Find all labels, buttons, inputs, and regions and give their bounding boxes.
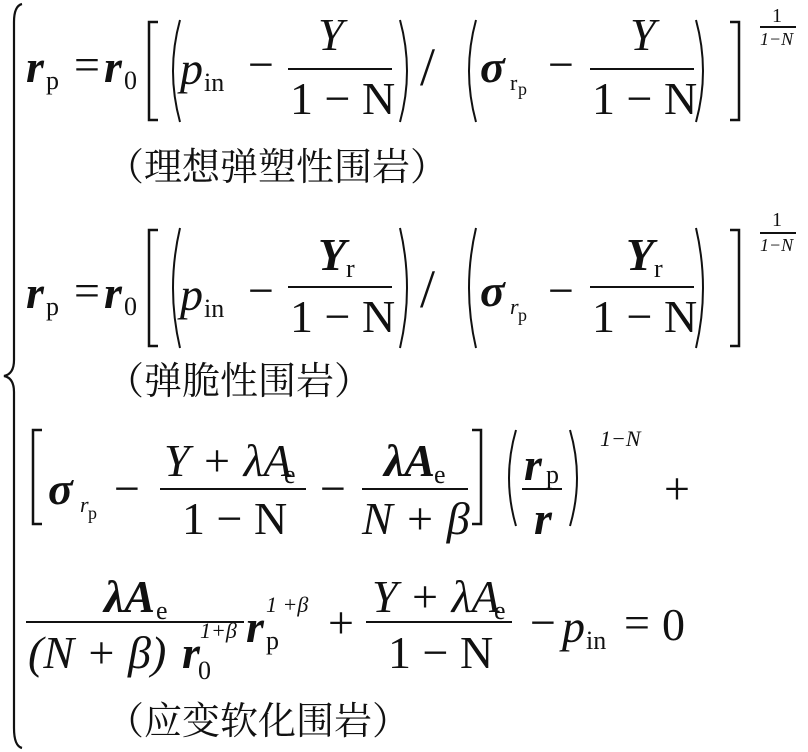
exp-num: 1 (772, 6, 782, 26)
minus-sign: − (114, 466, 140, 512)
fraction-bar (160, 488, 306, 490)
frac1-num: Y + λA (164, 438, 292, 484)
minus-sign: − (548, 268, 574, 314)
right-paren (396, 226, 416, 350)
r0-sub: 0 (124, 294, 137, 320)
frac2-num-sub: e (434, 462, 446, 488)
fraction-bar (366, 621, 512, 623)
zero: 0 (662, 602, 685, 648)
division-slash: / (420, 40, 435, 94)
rp-sup: 1 +β (266, 594, 308, 616)
r0-sub: 0 (124, 68, 137, 94)
p-in: p (562, 604, 585, 650)
plus-sign: + (328, 600, 354, 646)
plus-sign: + (664, 466, 690, 512)
exp-den: 1−N (760, 30, 793, 48)
exp-num: 1 (772, 210, 782, 230)
p-in-sub: in (204, 70, 224, 96)
frac3-den-r-sup: 1+β (200, 620, 237, 642)
sigma: σ (480, 44, 505, 90)
exp-fraction-bar (760, 232, 796, 234)
frac-num-Y: Y (630, 12, 656, 58)
frac-num-sub: r (654, 256, 663, 282)
right-paren (396, 18, 416, 124)
right-bracket (728, 228, 742, 350)
frac-den: 1 − N (592, 294, 697, 340)
frac4-num: Y + λA (372, 574, 500, 620)
frac-den: 1 − N (290, 76, 395, 122)
exp-den: 1−N (760, 236, 793, 254)
sigma-subsub: p (518, 306, 527, 324)
minus-sign: − (248, 268, 274, 314)
sigma-subsub: p (88, 504, 97, 522)
right-bracket (728, 20, 742, 124)
left-paren (460, 226, 480, 350)
rp-sub: p (266, 628, 279, 654)
sigma: σ (480, 268, 505, 314)
frac3-den-r-sub: 0 (198, 658, 211, 684)
minus-sign: − (248, 42, 274, 88)
frac-num-Yr: Y (318, 232, 346, 278)
p-in-sub: in (586, 628, 606, 654)
frac-num-Y: Y (318, 12, 344, 58)
rp: r (246, 604, 264, 650)
sigma-subsub: p (518, 80, 527, 98)
equals-sign: = (74, 42, 100, 88)
left-bracket (146, 20, 160, 124)
left-brace (0, 0, 30, 752)
frac1-num-sub: e (284, 462, 296, 488)
frac-den: 1 − N (592, 76, 697, 122)
frac2-num: λA (384, 438, 435, 484)
ratio-den: r (534, 496, 552, 542)
frac4-den: 1 − N (388, 630, 493, 676)
left-paren (500, 428, 520, 528)
division-slash: / (420, 262, 435, 316)
frac3-den: (N + β) (28, 630, 166, 676)
rp-lhs-sub: p (46, 68, 59, 94)
fraction-bar (288, 286, 392, 288)
minus-sign: − (530, 600, 556, 646)
minus-sign: − (320, 466, 346, 512)
right-paren (692, 18, 712, 124)
left-paren (460, 18, 480, 124)
ratio-num-sub: p (546, 462, 559, 488)
right-paren (692, 226, 712, 350)
frac-num-sub: r (346, 256, 355, 282)
frac-den: 1 − N (290, 294, 395, 340)
p-in-sub: in (204, 296, 224, 322)
right-paren (566, 428, 586, 528)
case-label: （弹脆性围岩） (106, 362, 372, 400)
ratio-num: r (524, 442, 542, 488)
case-label: （应变软化围岩） (106, 702, 410, 740)
left-bracket (30, 428, 44, 528)
case-label: （理想弹塑性围岩） (106, 148, 448, 186)
fraction-bar (522, 488, 562, 490)
equals-sign: = (624, 600, 650, 646)
r0: r (104, 44, 122, 90)
rp-lhs-sub: p (46, 294, 59, 320)
frac-num-Yr: Y (626, 232, 654, 278)
fraction-bar (590, 286, 694, 288)
rp-lhs: r (26, 270, 44, 316)
rp-lhs: r (26, 44, 44, 90)
frac2-den: N + β (362, 496, 470, 542)
p-in: p (180, 272, 203, 318)
fraction-bar (288, 68, 392, 70)
equals-sign: = (74, 268, 100, 314)
right-bracket (470, 428, 484, 528)
p-in: p (180, 46, 203, 92)
sigma-sub: r (510, 72, 517, 94)
exp-fraction-bar (760, 26, 796, 28)
sigma: σ (48, 466, 73, 512)
left-bracket (146, 228, 160, 350)
fraction-bar (362, 488, 468, 490)
r0: r (104, 270, 122, 316)
frac3-num: λA (104, 574, 155, 620)
fraction-bar (590, 68, 694, 70)
power: 1−N (600, 428, 641, 450)
frac1-den: 1 − N (182, 496, 287, 542)
minus-sign: − (548, 42, 574, 88)
